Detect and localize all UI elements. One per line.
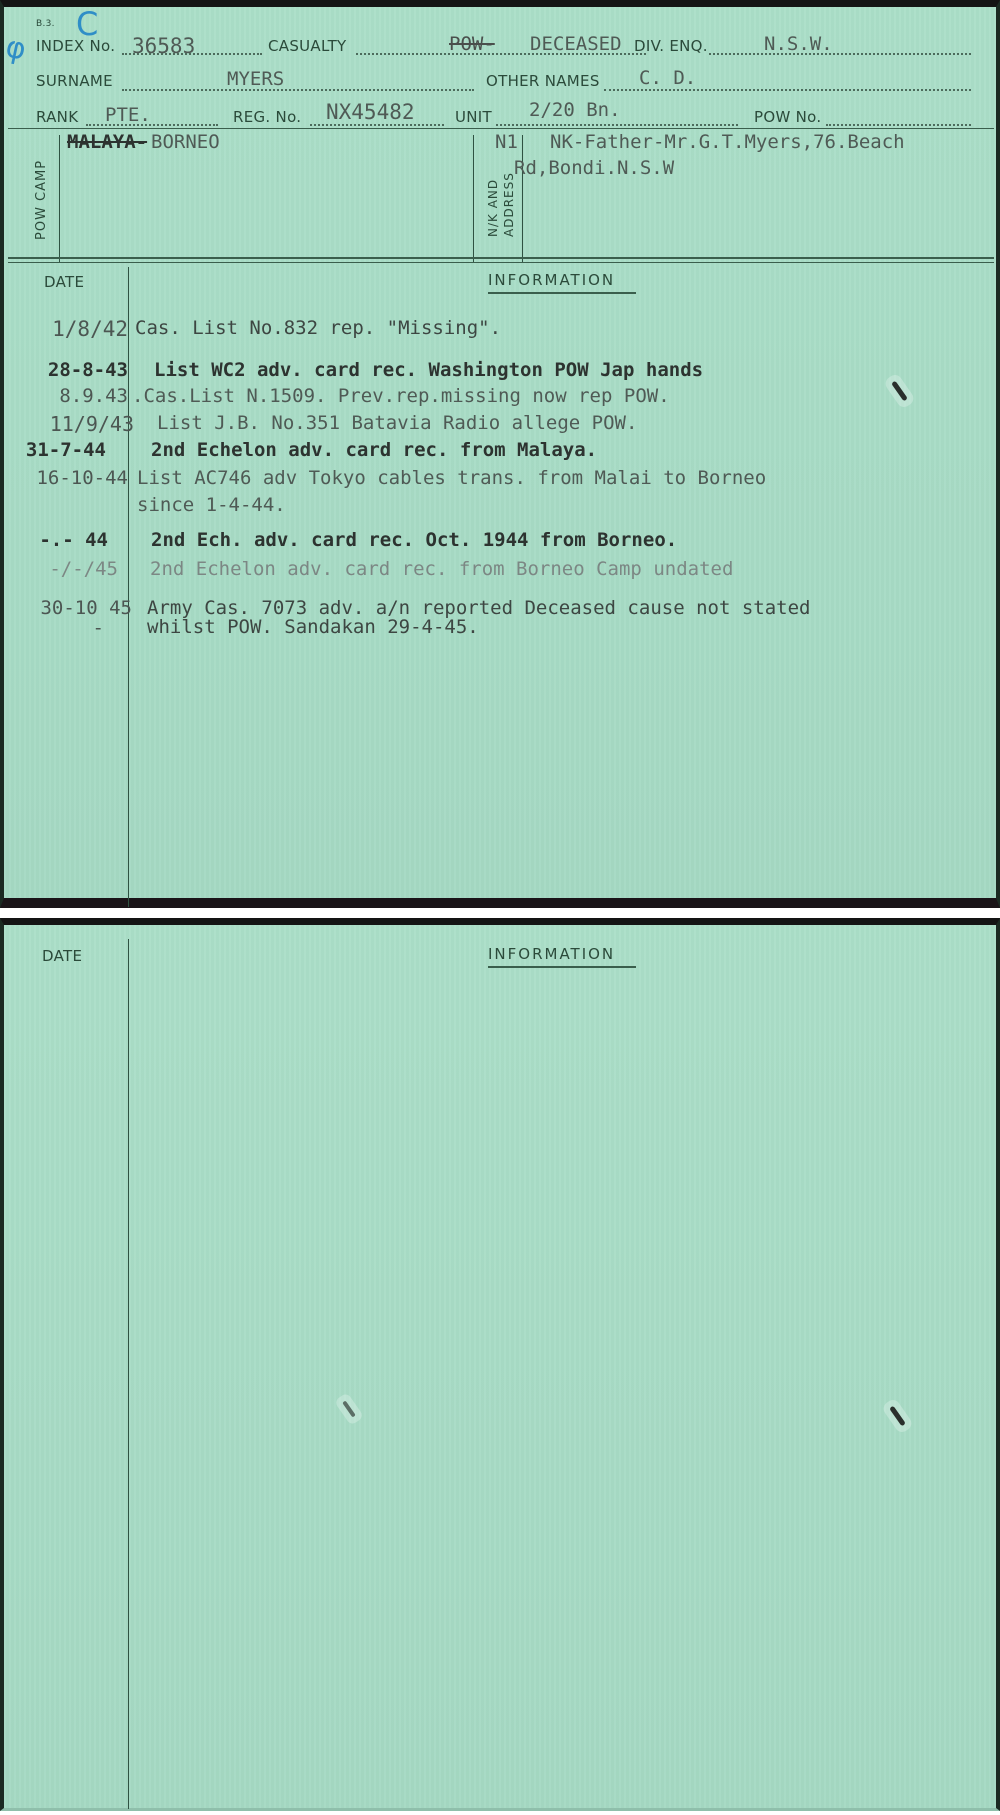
entry-info: 2nd Ech. adv. card rec. Oct. 1944 from B… xyxy=(151,529,677,551)
nok-address-line1: NK-Father-Mr.G.T.Myers,76.Beach xyxy=(550,131,905,153)
surname-value: MYERS xyxy=(227,68,284,90)
entry-info: 2nd Echelon adv. card rec. from Borneo C… xyxy=(150,558,733,580)
date-info-divider xyxy=(128,939,129,1809)
paper-blemish xyxy=(342,1400,356,1417)
other-names-value: C. D. xyxy=(639,67,696,89)
div-enq-value: N.S.W. xyxy=(764,33,833,55)
entry-info: List WC2 adv. card rec. Washington POW J… xyxy=(154,359,703,381)
pow-no-dotline xyxy=(826,124,971,126)
index-no-label: INDEX No. xyxy=(36,37,115,55)
date-column-header: DATE xyxy=(42,947,82,965)
div-enq-label: DIV. ENQ. xyxy=(634,37,708,55)
entry-info: .Cas.List N.1509. Prev.rep.missing now r… xyxy=(132,385,670,407)
casualty-struck-value: POW- xyxy=(449,33,495,55)
entry-date: 16-10-44 xyxy=(4,467,128,489)
nok-left-divider xyxy=(473,135,474,263)
form-code: B.3. xyxy=(36,19,55,29)
reg-no-label: REG. No. xyxy=(233,108,301,126)
entry-date: 28-8-43 xyxy=(4,359,128,381)
information-column-header: INFORMATION xyxy=(488,945,615,963)
casualty-card-back: DATE INFORMATION xyxy=(0,918,1000,1811)
div-enq-dotline xyxy=(709,53,971,55)
nok-label-line2: ADDRESS xyxy=(502,172,516,237)
casualty-label: CASUALTY xyxy=(268,37,347,55)
paper-blemish xyxy=(889,1406,906,1427)
entry-info-continued: since 1-4-44. xyxy=(137,494,286,516)
pow-camp-struck-value: MALAYA- xyxy=(67,131,147,153)
section-double-line-bottom xyxy=(8,262,994,263)
entry-date: 31-7-44 xyxy=(4,439,106,461)
paper-texture xyxy=(4,925,996,1808)
rank-value: PTE. xyxy=(105,104,151,126)
casualty-value: DECEASED xyxy=(530,33,622,55)
information-underline xyxy=(488,292,636,294)
header-separator xyxy=(8,128,994,129)
entry-date: 8.9.43 xyxy=(4,385,128,407)
unit-value: 2/20 Bn. xyxy=(529,99,621,121)
information-underline xyxy=(488,966,636,968)
nok-address-line2: Rd,Bondi.N.S.W xyxy=(514,157,674,179)
entry-info: List AC746 adv Tokyo cables trans. from … xyxy=(137,467,766,489)
other-names-dotline xyxy=(604,89,971,91)
pow-camp-divider xyxy=(59,135,60,263)
pow-no-label: POW No. xyxy=(754,108,821,126)
pencil-mark-phi: φ xyxy=(3,29,30,67)
casualty-card-front: C φ B.3. INDEX No. 36583 CASUALTY POW- D… xyxy=(0,0,1000,908)
information-column-header: INFORMATION xyxy=(488,271,615,289)
paper-blemish xyxy=(891,381,908,402)
entry-date: 1/8/42 xyxy=(4,317,128,341)
entry-date: 11/9/43 xyxy=(4,412,134,436)
entry-info: Cas. List No.832 rep. "Missing". xyxy=(135,317,501,339)
entry-date: 30-10 45 xyxy=(4,597,132,619)
entry-info-continued: whilst POW. Sandakan 29-4-45. xyxy=(147,616,479,638)
other-names-label: OTHER NAMES xyxy=(486,72,600,90)
surname-dotline xyxy=(122,89,474,91)
reg-no-value: NX45482 xyxy=(326,100,415,124)
date-column-header: DATE xyxy=(44,273,84,291)
entry-date: -/-/45 xyxy=(4,558,118,580)
date-info-divider xyxy=(128,267,129,907)
index-no-value: 36583 xyxy=(132,34,195,58)
entry-date: -.- 44 xyxy=(4,529,108,551)
nok-label-line1: N/K AND xyxy=(486,179,500,237)
section-double-line-top xyxy=(8,257,994,259)
entry-info: 2nd Echelon adv. card rec. from Malaya. xyxy=(151,439,597,461)
unit-dotline xyxy=(496,124,738,126)
unit-label: UNIT xyxy=(455,108,492,126)
nok-right-divider xyxy=(522,135,523,263)
pow-camp-value: BORNEO xyxy=(151,131,220,153)
pow-camp-label: POW CAMP xyxy=(34,160,49,240)
entry-date-continued: - xyxy=(4,617,104,639)
surname-label: SURNAME xyxy=(36,72,113,90)
nok-prefix: N1 xyxy=(495,131,518,153)
reg-no-dotline xyxy=(310,124,444,126)
rank-label: RANK xyxy=(36,108,78,126)
entry-info: List J.B. No.351 Batavia Radio allege PO… xyxy=(157,412,637,434)
